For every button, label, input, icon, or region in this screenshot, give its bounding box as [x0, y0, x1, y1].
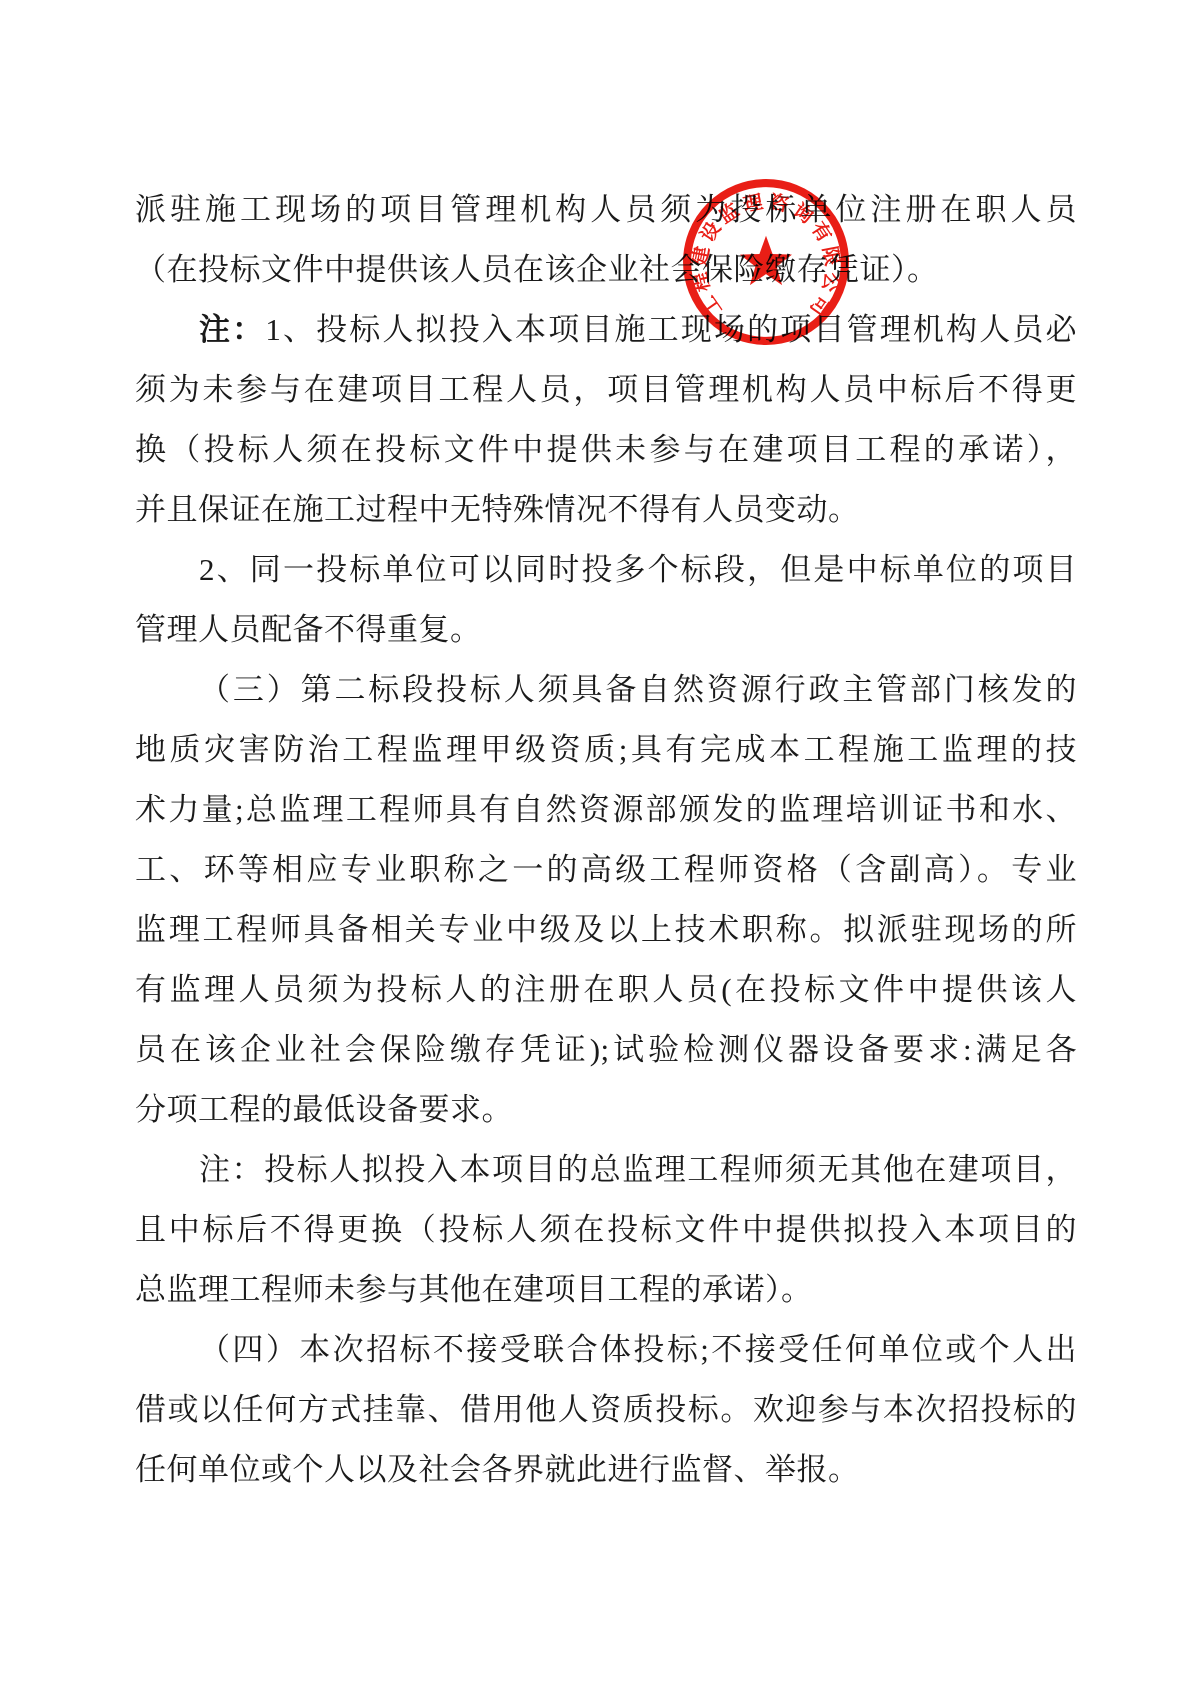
text-line: 总监理工程师未参与其他在建项目工程的承诺）。 — [135, 1260, 1077, 1320]
text-line: 地质灾害防治工程监理甲级资质;具有完成本工程施工监理的技 — [135, 720, 1077, 780]
text-line: 管理人员配备不得重复。 — [135, 600, 1077, 660]
text-line: 注：1、投标人拟投入本项目施工现场的项目管理机构人员必 — [135, 300, 1077, 360]
text-line: 监理工程师具备相关专业中级及以上技术职称。拟派驻现场的所 — [135, 900, 1077, 960]
text-line: 员在该企业社会保险缴存凭证);试验检测仪器设备要求:满足各 — [135, 1020, 1077, 1080]
document-page: 派驻施工现场的项目管理机构人员须为投标单位注册在职人员（在投标文件中提供该人员在… — [0, 0, 1191, 1684]
text-line: （在投标文件中提供该人员在该企业社会保险缴存凭证）。 — [135, 240, 1077, 300]
text-line: （四）本次招标不接受联合体投标;不接受任何单位或个人出 — [135, 1320, 1077, 1380]
text-line: 分项工程的最低设备要求。 — [135, 1080, 1077, 1140]
bold-note-label: 注： — [199, 312, 265, 347]
text-line: 且中标后不得更换（投标人须在投标文件中提供拟投入本项目的 — [135, 1200, 1077, 1260]
text-line: 派驻施工现场的项目管理机构人员须为投标单位注册在职人员 — [135, 180, 1077, 240]
text-line: 并且保证在施工过程中无特殊情况不得有人员变动。 — [135, 480, 1077, 540]
text-line: 有监理人员须为投标人的注册在职人员(在投标文件中提供该人 — [135, 960, 1077, 1020]
text-line: 注：投标人拟投入本项目的总监理工程师须无其他在建项目， — [135, 1140, 1077, 1200]
document-body: 派驻施工现场的项目管理机构人员须为投标单位注册在职人员（在投标文件中提供该人员在… — [135, 180, 1077, 1500]
text-line: 任何单位或个人以及社会各界就此进行监督、举报。 — [135, 1440, 1077, 1500]
text-line: 须为未参与在建项目工程人员，项目管理机构人员中标后不得更 — [135, 360, 1077, 420]
text-line: 借或以任何方式挂靠、借用他人资质投标。欢迎参与本次招投标的 — [135, 1380, 1077, 1440]
text-line: （三）第二标段投标人须具备自然资源行政主管部门核发的 — [135, 660, 1077, 720]
text-line: 工、环等相应专业职称之一的高级工程师资格（含副高）。专业 — [135, 840, 1077, 900]
text-line: 2、同一投标单位可以同时投多个标段，但是中标单位的项目 — [135, 540, 1077, 600]
text-line: 术力量;总监理工程师具有自然资源部颁发的监理培训证书和水、 — [135, 780, 1077, 840]
text-line: 换（投标人须在投标文件中提供未参与在建项目工程的承诺）， — [135, 420, 1077, 480]
